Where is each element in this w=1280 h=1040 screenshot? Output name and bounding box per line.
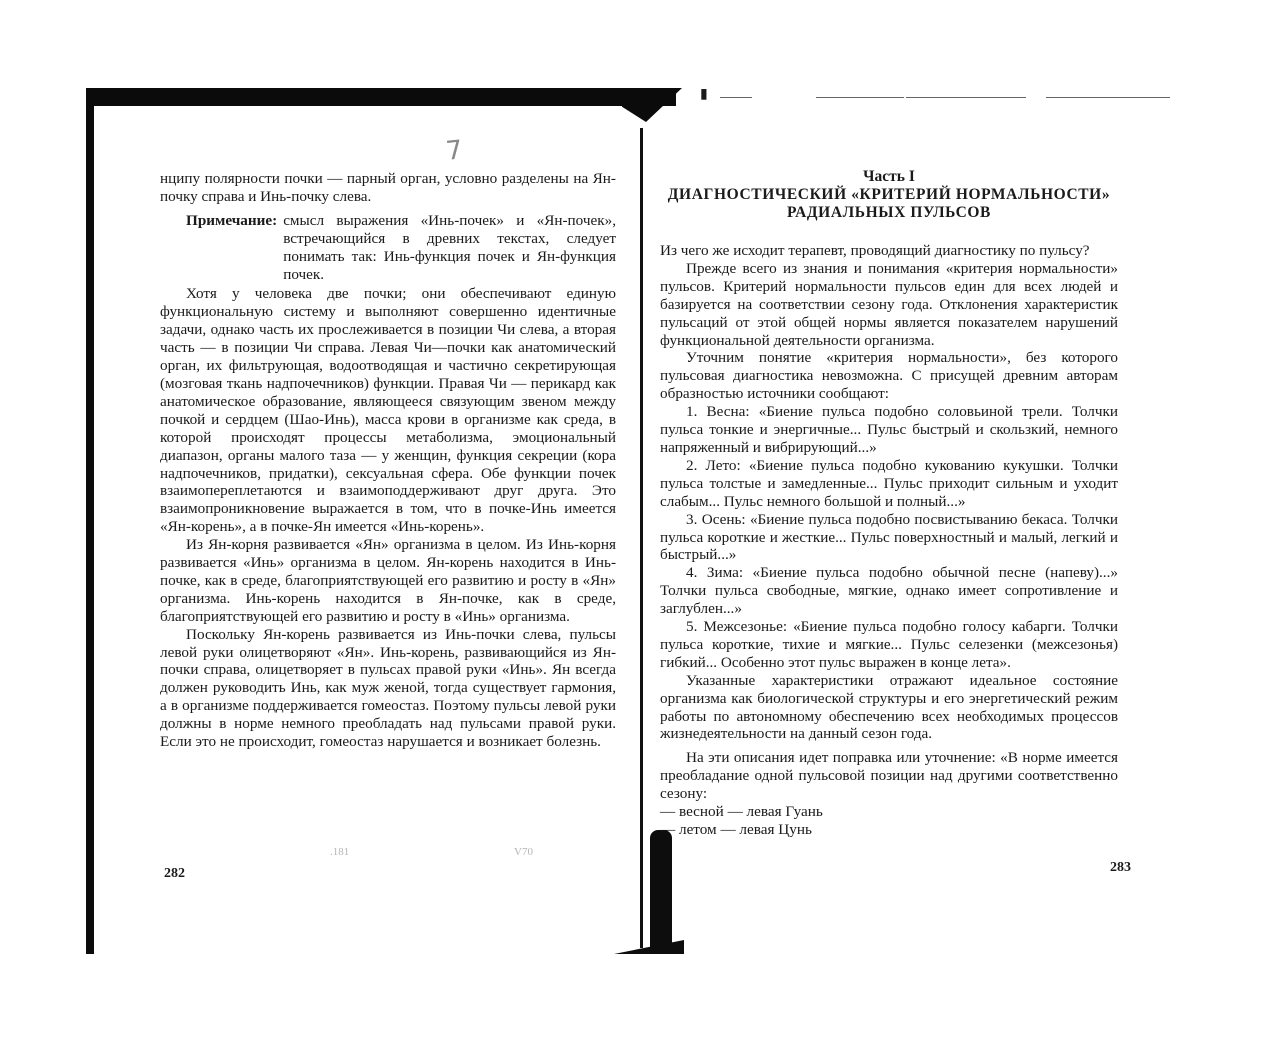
book-edge-top — [86, 88, 676, 106]
paragraph: Из Ян-корня развивается «Ян» организма в… — [160, 536, 616, 626]
season-item: 2. Лето: «Биение пульса подобно куковани… — [660, 457, 1118, 511]
chapter-title-line: РАДИАЛЬНЫХ ПУЛЬСОВ — [660, 204, 1118, 222]
paragraph: нципу полярности почки — парный орган, у… — [160, 170, 616, 206]
book-spine — [640, 128, 643, 948]
chapter-title-line: ДИАГНОСТИЧЕСКИЙ «КРИТЕРИЙ НОРМАЛЬНОСТИ» — [660, 186, 1118, 204]
season-item: 5. Межсезонье: «Биение пульса подобно го… — [660, 618, 1118, 672]
paragraph: Указанные характеристики отражают идеаль… — [660, 672, 1118, 744]
spine-foot — [614, 940, 684, 954]
note-text: смысл выражения «Инь-почек» и «Ян-почек»… — [283, 212, 616, 284]
corner-mark: ▮ — [700, 86, 708, 103]
right-page: Часть I ДИАГНОСТИЧЕСКИЙ «КРИТЕРИЙ НОРМАЛ… — [660, 168, 1118, 839]
top-rule — [1046, 97, 1170, 98]
bleed-through-text: .181 — [330, 846, 349, 858]
note: Примечание: смысл выражения «Инь-почек» … — [186, 212, 616, 284]
page-number: 283 — [1110, 860, 1131, 876]
paragraph: Хотя у человека две почки; они обеспечив… — [160, 285, 616, 536]
bleed-through-text: V70 — [514, 846, 533, 858]
top-rule — [816, 97, 904, 98]
note-label: Примечание: — [186, 212, 277, 284]
season-item: 4. Зима: «Биение пульса подобно обычной … — [660, 564, 1118, 618]
paragraph: Из чего же исходит терапевт, проводящий … — [660, 242, 1118, 260]
book-edge-left — [86, 88, 94, 954]
top-rule — [720, 97, 752, 98]
spine-shadow — [650, 830, 672, 950]
chapter-heading: Часть I ДИАГНОСТИЧЕСКИЙ «КРИТЕРИЙ НОРМАЛ… — [660, 168, 1118, 222]
season-item: 3. Осень: «Биение пульса подобно посвист… — [660, 511, 1118, 565]
page-number: 282 — [164, 866, 185, 882]
top-rule — [906, 97, 1026, 98]
list-item: — весной — левая Гуань — [660, 803, 1118, 821]
pencil-margin-mark: 7 — [444, 135, 464, 167]
book-scan: ▮ 7 нципу полярности почки — парный орга… — [0, 0, 1280, 1040]
paragraph: Прежде всего из знания и понимания «крит… — [660, 260, 1118, 350]
paragraph: Уточним понятие «критерия нормальности»,… — [660, 349, 1118, 403]
part-label: Часть I — [660, 168, 1118, 186]
season-item: 1. Весна: «Биение пульса подобно соловьи… — [660, 403, 1118, 457]
list-item: — летом — левая Цунь — [660, 821, 1118, 839]
paragraph: Поскольку Ян-корень развивается из Инь-п… — [160, 626, 616, 751]
paragraph: На эти описания идет поправка или уточне… — [660, 749, 1118, 803]
left-page: нципу полярности почки — парный орган, у… — [160, 170, 616, 751]
